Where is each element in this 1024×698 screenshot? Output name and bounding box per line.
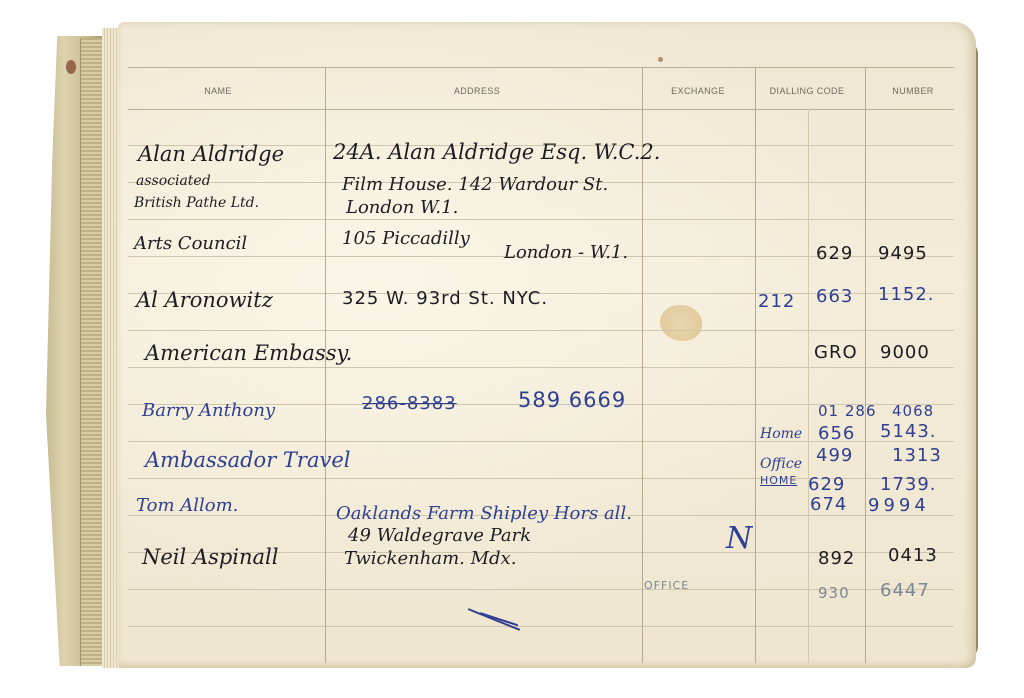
margin-mark: N xyxy=(726,524,752,554)
entry-dialling-code: 01 286 xyxy=(818,404,877,419)
phone-label-office: Office xyxy=(760,457,802,471)
entry-dialling-code: 930 xyxy=(818,586,850,601)
entry-number: 9000 xyxy=(880,344,930,362)
row-rule xyxy=(128,626,954,627)
column-divider-dialling-number xyxy=(865,67,866,663)
row-rule xyxy=(128,330,954,331)
entry-dialling-code: 674 xyxy=(810,496,847,514)
column-divider-name-address xyxy=(325,67,326,663)
entry-name: British Pathe Ltd. xyxy=(134,196,259,210)
entry-name: Arts Council xyxy=(134,235,247,253)
column-header-dialling-code: DIALLING CODE xyxy=(770,86,845,96)
entry-address: 325 W. 93rd St. NYC. xyxy=(342,290,548,308)
entry-address: 105 Piccadilly xyxy=(342,230,470,248)
entry-number: 0413 xyxy=(888,547,938,565)
entry-number: 5143. xyxy=(880,423,937,441)
entry-dialling-code: 892 xyxy=(818,550,855,568)
entry-dialling-code: GRO xyxy=(814,344,858,362)
phone-label-home: HOME xyxy=(760,475,797,486)
entry-dialling-code: 663 xyxy=(816,288,853,306)
entry-dialling-code: 656 xyxy=(818,425,855,443)
entry-number: 1313 xyxy=(892,447,942,465)
entry-address: Film House. 142 Wardour St. xyxy=(342,176,608,194)
entry-name: Tom Allom. xyxy=(136,497,238,515)
entry-number: 9994 xyxy=(868,497,930,515)
row-rule xyxy=(128,367,954,368)
phone-label-office: OFFICE xyxy=(644,580,689,591)
entry-address: 49 Waldegrave Park xyxy=(348,527,531,545)
entry-dialling-code: 629 xyxy=(808,476,845,494)
entry-number: 1739. xyxy=(880,476,937,494)
entry-name: Ambassador Travel xyxy=(145,450,351,471)
entry-name: Barry Anthony xyxy=(142,402,275,420)
column-header-address: ADDRESS xyxy=(454,86,500,96)
entry-name: American Embassy. xyxy=(145,343,352,364)
ink-spot xyxy=(658,57,663,62)
entry-address: Twickenham. Mdx. xyxy=(344,550,516,568)
cover-stain xyxy=(66,60,76,74)
book-spine xyxy=(80,38,104,666)
entry-name: Alan Aldridge xyxy=(138,144,284,165)
column-header-number: NUMBER xyxy=(892,86,933,96)
entry-name: associated xyxy=(136,174,211,188)
entry-address: Oaklands Farm Shipley Hors all. xyxy=(336,505,632,523)
entry-name: Neil Aspinall xyxy=(142,547,279,568)
header-top-rule xyxy=(128,67,954,68)
entry-name: Al Aronowitz xyxy=(136,290,273,311)
phone-label-home: Home xyxy=(760,427,802,441)
column-header-exchange: EXCHANGE xyxy=(671,86,725,96)
tea-stain xyxy=(660,305,702,341)
entry-address: London W.1. xyxy=(346,199,458,217)
entry-number: 6447 xyxy=(880,582,930,600)
column-header-name: NAME xyxy=(204,86,232,96)
entry-address: London - W.1. xyxy=(504,244,628,262)
entry-dialling-code: 629 xyxy=(816,245,853,263)
entry-address-struck: 286-8383 xyxy=(362,395,457,413)
entry-dialling-code: 499 xyxy=(816,447,853,465)
entry-number: 1152. xyxy=(878,286,935,304)
entry-address: 589 6669 xyxy=(518,390,626,411)
row-rule xyxy=(128,219,954,220)
entry-exchange: 212 xyxy=(758,293,795,311)
entry-number: 4068 xyxy=(892,404,934,419)
entry-number: 9495 xyxy=(878,245,928,263)
column-divider-dialling-sub xyxy=(808,109,809,663)
column-divider-exchange-dialling xyxy=(755,67,756,663)
header-bottom-rule xyxy=(128,109,954,110)
entry-address: 24A. Alan Aldridge Esq. W.C.2. xyxy=(333,142,660,163)
